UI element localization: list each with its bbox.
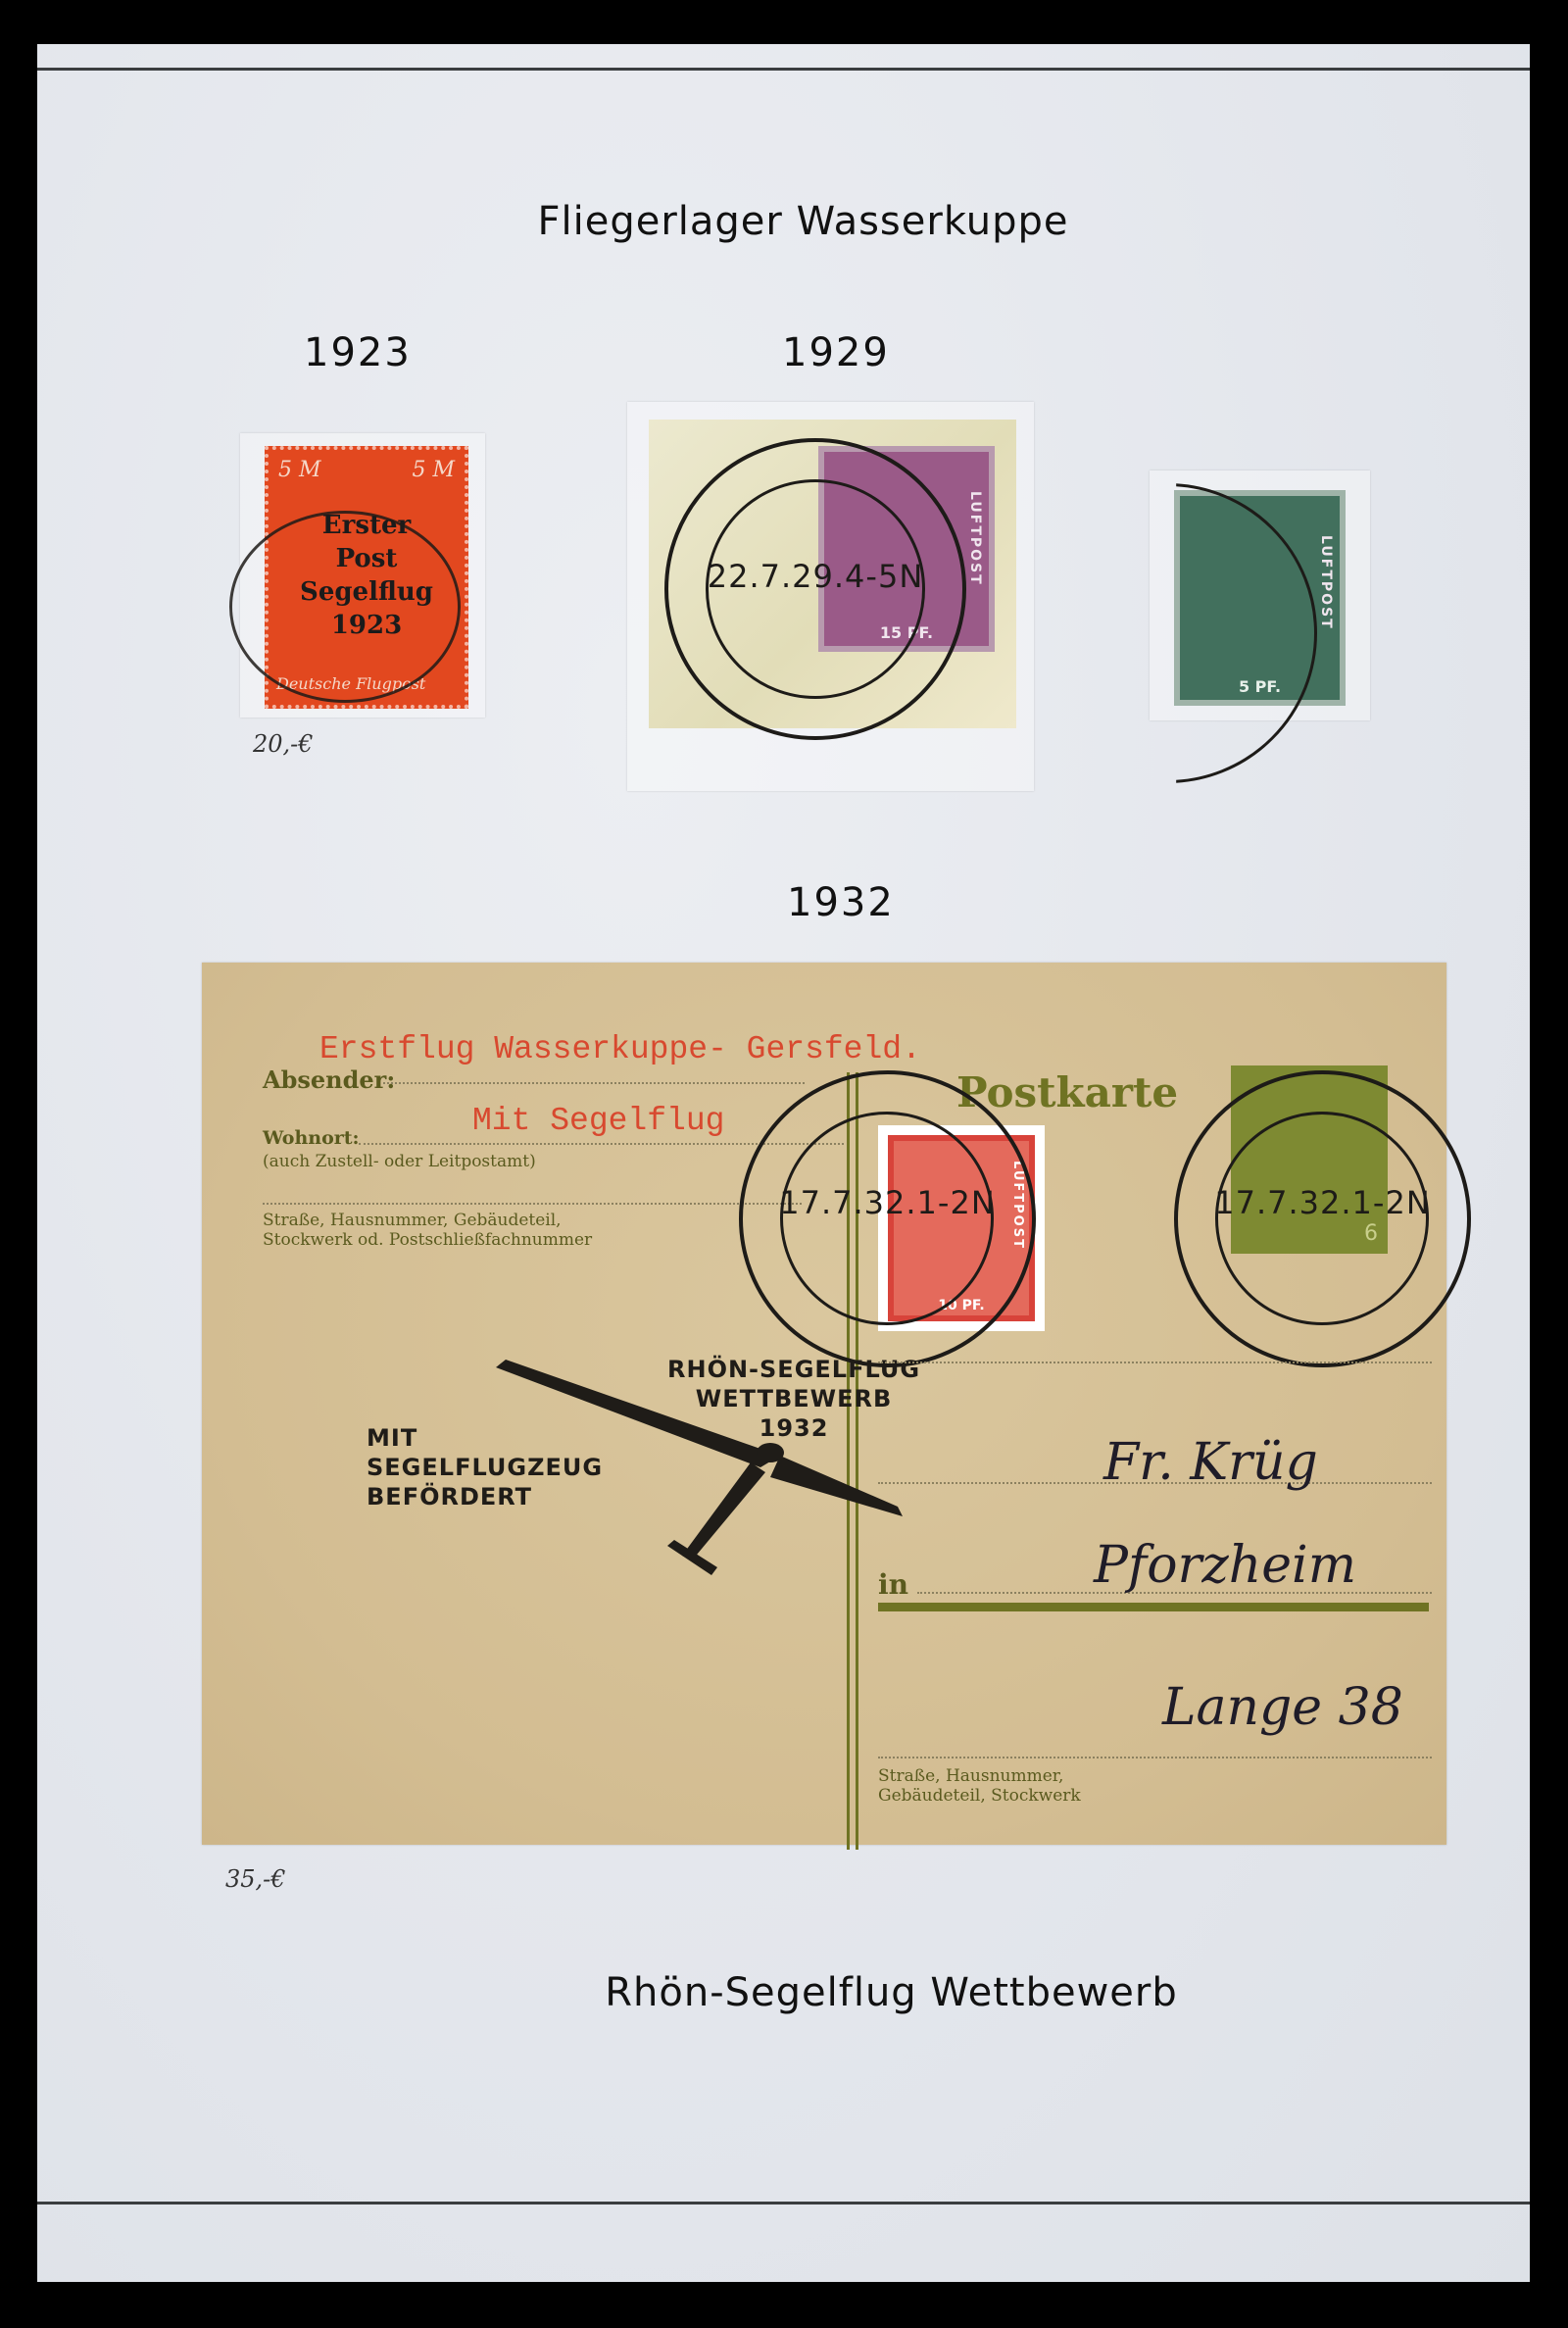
- postmark-1929: 22.7.29.4-5N: [664, 438, 966, 740]
- postmark-left: 17.7.32.1-2N: [739, 1070, 1036, 1367]
- year-label-1932: 1932: [787, 880, 895, 925]
- footer-title: Rhön-Segelflug Wettbewerb: [145, 1970, 1568, 2015]
- label-in: in: [878, 1568, 908, 1601]
- cachet-rhoen-wettbewerb: RHÖN-SEGELFLUG WETTBEWERB 1932: [667, 1355, 920, 1443]
- bottom-border-rule: [37, 2202, 1530, 2204]
- top-border-rule: [37, 68, 1530, 71]
- year-label-1929: 1929: [782, 330, 890, 375]
- year-label-1923: 1923: [304, 330, 412, 375]
- typed-line-erstflug: Erstflug Wasserkuppe- Gersfeld.: [319, 1031, 921, 1067]
- postmark-right: 17.7.32.1-2N: [1174, 1070, 1471, 1367]
- dotted-line: [878, 1757, 1432, 1758]
- dotted-line: [263, 1203, 802, 1205]
- price-note-1923: 20,-€: [253, 730, 314, 758]
- postkarte-heading: Postkarte: [956, 1068, 1178, 1116]
- page-title: Fliegerlager Wasserkuppe: [57, 199, 1549, 244]
- label-wohnort: Wohnort:: [263, 1127, 360, 1149]
- divider-horizontal: [878, 1603, 1429, 1611]
- price-note-1932: 35,-€: [225, 1865, 286, 1893]
- label-strasse-left-2: Stockwerk od. Postschließfachnummer: [263, 1230, 592, 1250]
- address-name: Fr. Krüg: [1103, 1433, 1318, 1492]
- typed-line-mit-segelflug: Mit Segelflug: [472, 1103, 724, 1139]
- dotted-line: [878, 1362, 1432, 1363]
- label-absender: Absender:: [263, 1065, 395, 1094]
- postmark-fragment: [229, 511, 461, 703]
- label-strasse-right-2: Gebäudeteil, Stockwerk: [878, 1786, 1081, 1806]
- album-page: Fliegerlager Wasserkuppe 1923 1929 5 M 5…: [37, 44, 1530, 2282]
- label-wohnort-note: (auch Zustell- oder Leitpostamt): [263, 1152, 536, 1171]
- cachet-mit-segelflugzeug: MIT SEGELFLUGZEUG BEFÖRDERT: [367, 1423, 603, 1511]
- stamp-1923-overprint: 5 M 5 M Erster Post Segelflug 1923 Deuts…: [265, 446, 468, 709]
- dotted-line: [383, 1082, 805, 1084]
- address-street: Lange 38: [1162, 1678, 1403, 1737]
- address-city: Pforzheim: [1094, 1536, 1356, 1595]
- label-strasse-right-1: Straße, Hausnummer,: [878, 1766, 1063, 1786]
- postcard-1932: Erstflug Wasserkuppe- Gersfeld. Absender…: [202, 963, 1446, 1845]
- label-strasse-left-1: Straße, Hausnummer, Gebäudeteil,: [263, 1211, 562, 1230]
- stamp-denomination: 5 M: [412, 458, 455, 482]
- stamp-denomination: 5 M: [278, 458, 321, 482]
